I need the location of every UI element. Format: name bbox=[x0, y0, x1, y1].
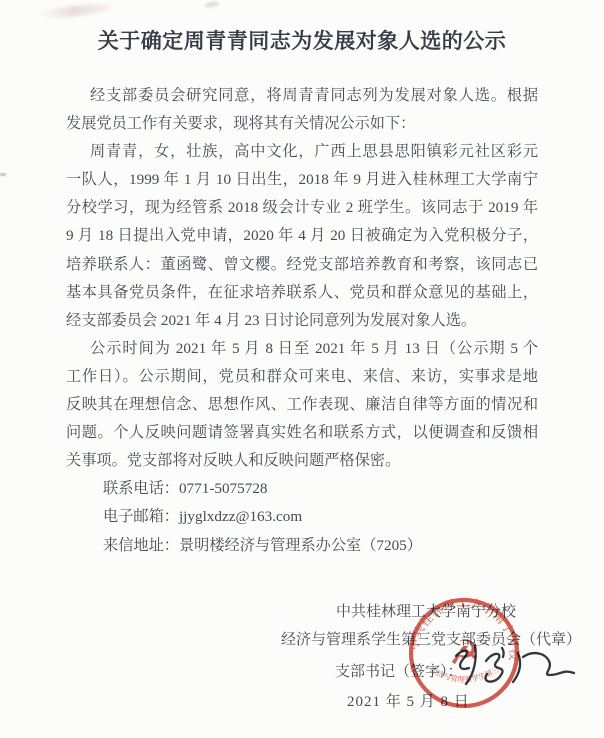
document-body: 经支部委员会研究同意，将周青青同志列为发展对象人选。根据 发展党员工作有关要求，… bbox=[66, 82, 538, 560]
page-title: 关于确定周青青同志为发展对象人选的公示 bbox=[0, 26, 604, 56]
paragraph-line: 分校学习，现为经管系 2018 级会计专业 2 班学生。该同志于 2019 年 bbox=[66, 194, 538, 222]
scan-edge-artifact bbox=[0, 173, 6, 176]
paragraph-line: 9 月 18 日提出入党申请，2020 年 4 月 20 日被确定为入党积极分子… bbox=[66, 222, 538, 250]
contact-phone: 联系电话：0771-5075728 bbox=[66, 475, 538, 503]
scan-smudge-artifact bbox=[38, 2, 113, 20]
paragraph-line: 反映其在理想信念、思想作风、工作表现、廉洁自律等方面的情况和 bbox=[66, 391, 538, 419]
paragraph-line: 问题。个人反映问题请签署真实姓名和联系方式，以便调查和反馈相 bbox=[66, 419, 538, 447]
scan-speck-artifact bbox=[205, 1, 220, 8]
paragraph-line: 经支部委员会研究同意，将周青青同志列为发展对象人选。根据 bbox=[66, 82, 538, 110]
paragraph-line: 周青青，女，壮族，高中文化，广西上思县思阳镇彩元社区彩元 bbox=[66, 138, 538, 166]
paragraph-line: 一队人，1999 年 1 月 10 日出生，2018 年 9 月进入桂林理工大学… bbox=[66, 166, 538, 194]
paragraph-line: 培养联系人：董函鹭、曾文樱。经党支部培养教育和考察，该同志已 bbox=[66, 251, 538, 279]
scanned-notice-document: 关于确定周青青同志为发展对象人选的公示 经支部委员会研究同意，将周青青同志列为发… bbox=[0, 0, 604, 738]
paragraph-line: 发展党员工作有关要求，现将其有关情况公示如下： bbox=[66, 110, 538, 138]
handwritten-signature bbox=[450, 638, 580, 694]
paragraph-line: 基本具备党员条件，在征求培养联系人、党员和群众意见的基础上， bbox=[66, 279, 538, 307]
paragraph-line: 关事项。党支部将对反映人和反映问题严格保密。 bbox=[66, 447, 538, 475]
paragraph-line: 工作日）。公示期间，党员和群众可来电、来信、来访，实事求是地 bbox=[66, 363, 538, 391]
contact-address: 来信地址：景明楼经济与管理系办公室（7205） bbox=[66, 532, 538, 560]
paragraph-line: 公示时间为 2021 年 5 月 8 日至 2021 年 5 月 13 日（公示… bbox=[66, 335, 538, 363]
contact-email: 电子邮箱：jjyglxdzz@163.com bbox=[66, 503, 538, 531]
paragraph-line: 经支部委员会 2021 年 4 月 23 日讨论同意列为发展对象人选。 bbox=[66, 307, 538, 335]
